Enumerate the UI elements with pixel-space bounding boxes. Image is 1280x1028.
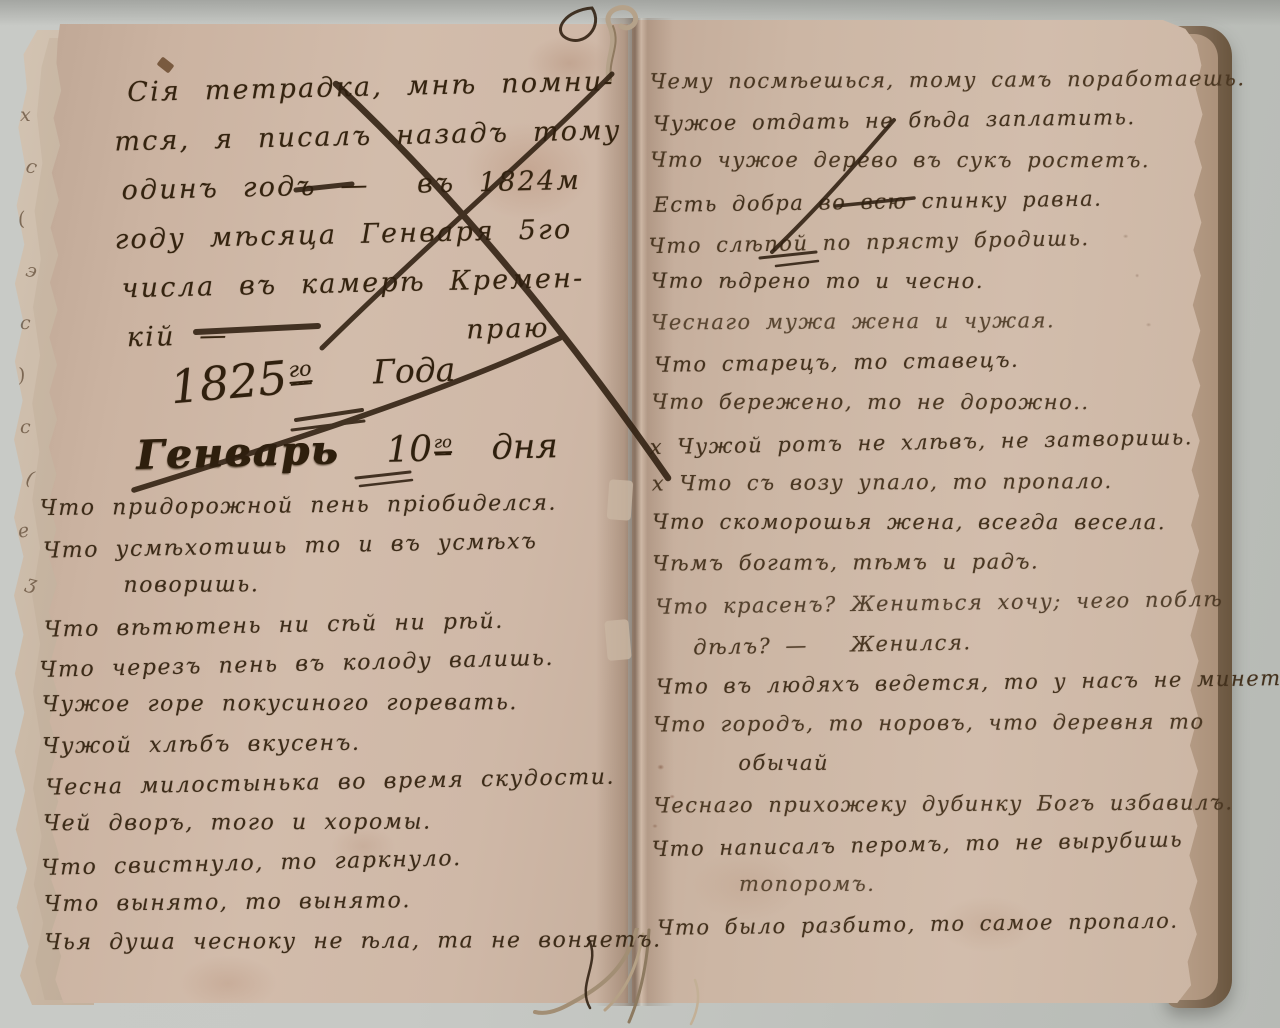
page-edge-glyphs: хс(эс)с(еʒ [20,106,31,593]
year-suffix: го [287,356,312,384]
manuscript-line: Чеснаго мужа жена и чужая. [651,300,1211,343]
year-word: Года [372,350,456,392]
manuscript-line: е [16,521,30,542]
manuscript-line: Что городъ, то норовъ, что деревня то [653,702,1213,745]
photo-background: хс(эс)с(еʒ Сія тетрадка, мнѣ помни-тся, … [0,0,1280,1028]
manuscript-line: с [20,314,31,333]
manuscript-line: Что ѣдрено то и чесно. [651,261,1211,302]
manuscript-line: Чѣмъ богатъ, тѣмъ и радъ. [652,541,1212,584]
manuscript-line: Чему посмѣешься, тому самъ поработаешь. [650,59,1210,102]
crossed-out-note: Сія тетрадка, мнѣ помни-тся, я писалъ на… [127,56,674,362]
left-page-text: Что придорожной пень пріобиделся.Что усм… [40,483,631,964]
manuscript-line: Что въ людяхъ ведется, то у насъ не мине… [656,659,1217,707]
manuscript-line: Что было разбито, то самое пропало. [657,900,1218,948]
manuscript-line: топоромъ. [654,864,1214,905]
manuscript-line: ( [16,209,30,230]
manuscript-line: Что чужое дерево въ сукъ ростетъ. [650,140,1210,181]
manuscript-line: поворишь. [40,564,626,606]
day-word: дня [491,426,559,468]
manuscript-line: ) [16,365,30,386]
manuscript-line: Чеснаго прихожеку дубинку Богъ избавилъ. [653,782,1213,825]
manuscript-line: Что скоморошья жена, всегда весела. [652,502,1212,543]
manuscript-line: Чужое отдать не бѣда заплатить. [653,96,1214,144]
manuscript-line: Что старецъ, то ставецъ. [654,337,1215,385]
manuscript-line: х Чужой ротъ не хлѣвъ, не затворишь. [649,417,1210,467]
manuscript-line: с [20,418,31,437]
manuscript-line: обычай [653,743,1213,784]
day-number: 10 [386,429,433,471]
month-name: Генварь [135,426,339,479]
manuscript-line: Что написалъ перомъ, то не вырубишь [651,819,1212,869]
manuscript-line: х Что съ возу упало, то пропало. [652,461,1212,504]
manuscript-line: Чужое горе покусиного горевать. [42,683,628,725]
manuscript-line: х [20,106,31,125]
manuscript-line: Что бережено, то не дорожно.. [651,381,1211,422]
right-page-text: Чему посмѣешься, тому самъ поработаешь.Ч… [650,59,1215,946]
day-suffix: го [434,432,453,453]
manuscript-line: Чья душа чесноку не ѣла, та не воняетъ. [44,920,630,962]
year-number: 1825 [168,350,289,414]
